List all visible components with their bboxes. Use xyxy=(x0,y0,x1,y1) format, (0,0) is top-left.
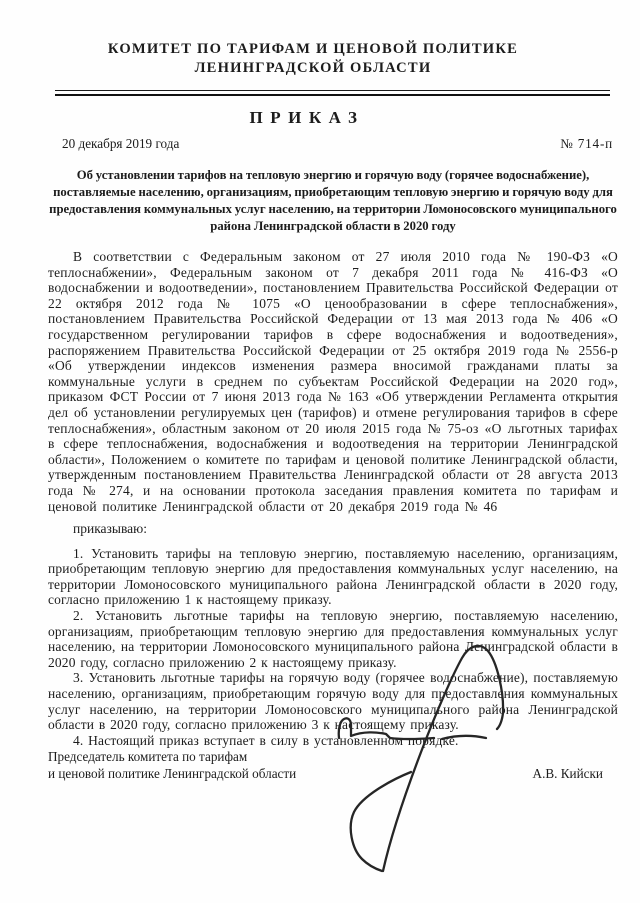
preamble-paragraph: В соответствии с Федеральным законом от … xyxy=(48,249,618,514)
header-divider xyxy=(55,90,610,96)
signatory-position: Председатель комитета по тарифам и ценов… xyxy=(48,749,296,783)
document-meta-row: 20 декабря 2019 года № 714-п xyxy=(48,136,618,152)
signatory-name: А.В. Кийски xyxy=(533,766,603,783)
decree-word: приказываю: xyxy=(48,521,618,537)
order-item-2: 2. Установить льготные тарифы на теплову… xyxy=(48,608,618,670)
signatory-position-line1: Председатель комитета по тарифам xyxy=(48,749,296,766)
issuing-authority-line1: КОМИТЕТ ПО ТАРИФАМ И ЦЕНОВОЙ ПОЛИТИКЕ xyxy=(28,40,598,59)
document-type-heading: ПРИКАЗ xyxy=(22,108,592,128)
document-title: Об установлении тарифов на тепловую энер… xyxy=(48,167,618,235)
document-date: 20 декабря 2019 года xyxy=(62,136,179,152)
issuing-authority-line2: ЛЕНИНГРАДСКОЙ ОБЛАСТИ xyxy=(28,59,598,78)
order-item-1: 1. Установить тарифы на тепловую энергию… xyxy=(48,546,618,608)
signatory-position-line2: и ценовой политике Ленинградской области xyxy=(48,766,296,783)
signature-block: Председатель комитета по тарифам и ценов… xyxy=(48,749,618,783)
issuing-authority: КОМИТЕТ ПО ТАРИФАМ И ЦЕНОВОЙ ПОЛИТИКЕ ЛЕ… xyxy=(28,40,598,77)
document-content: КОМИТЕТ ПО ТАРИФАМ И ЦЕНОВОЙ ПОЛИТИКЕ ЛЕ… xyxy=(48,0,618,748)
order-item-3: 3. Установить льготные тарифы на горячую… xyxy=(48,670,618,732)
document-page: КОМИТЕТ ПО ТАРИФАМ И ЦЕНОВОЙ ПОЛИТИКЕ ЛЕ… xyxy=(0,0,640,903)
order-items: 1. Установить тарифы на тепловую энергию… xyxy=(48,546,618,749)
order-item-4: 4. Настоящий приказ вступает в силу в ус… xyxy=(48,733,618,749)
document-number: № 714-п xyxy=(560,136,613,152)
